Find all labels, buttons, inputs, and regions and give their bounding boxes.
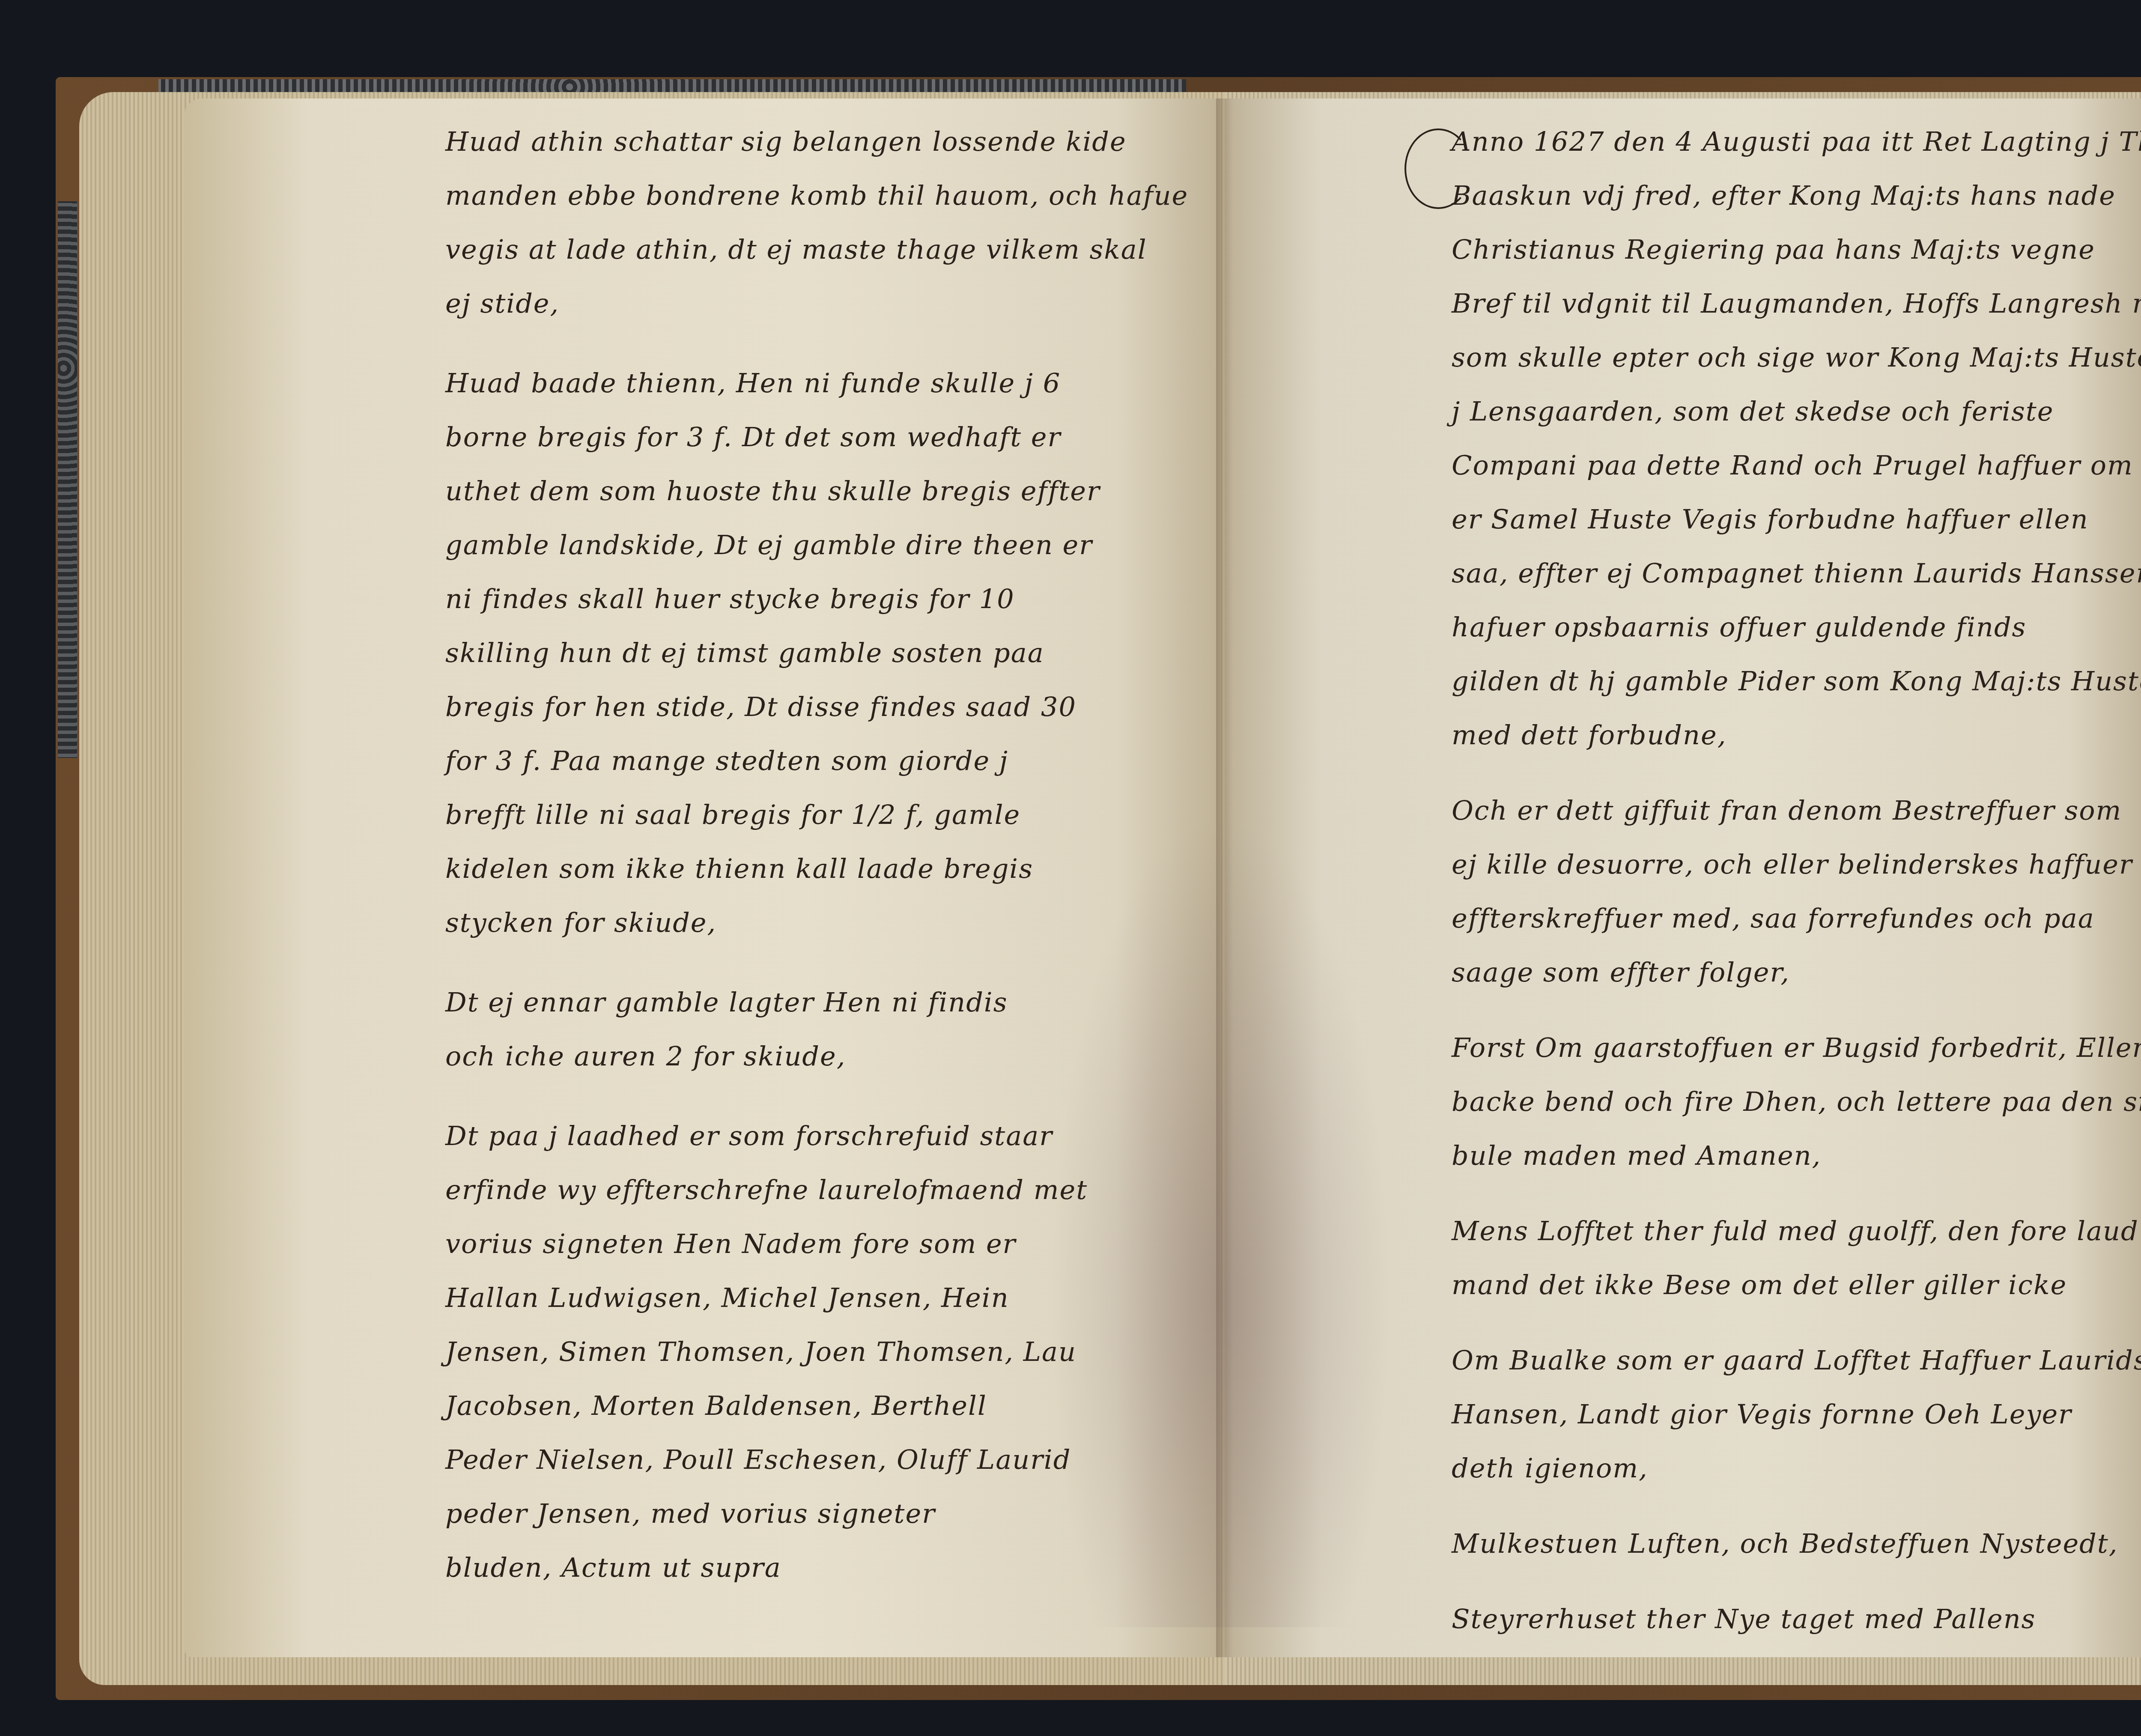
- manuscript-line: Huad athin schattar sig belangen lossend…: [445, 128, 1127, 155]
- manuscript-line: vegis at lade athin, dt ej maste thage v…: [445, 236, 1147, 263]
- manuscript-line: bregis for hen stide, Dt disse findes sa…: [445, 694, 1076, 720]
- manuscript-line: stycken for skiude,: [445, 910, 716, 936]
- manuscript-line: erfinde wy effterschrefne laurelofmaend …: [445, 1177, 1088, 1203]
- manuscript-line: backe bend och fire Dhen, och lettere pa…: [1452, 1089, 2141, 1115]
- manuscript-line: gamble landskide, Dt ej gamble dire thee…: [445, 532, 1093, 558]
- manuscript-line: Peder Nielsen, Poull Eschesen, Oluff Lau…: [445, 1447, 1071, 1473]
- manuscript-line: uthet dem som huoste thu skulle bregis e…: [445, 478, 1100, 504]
- manuscript-line: Baaskun vdj fred, efter Kong Maj:ts hans…: [1452, 182, 2116, 209]
- manuscript-line: Bref til vdgnit til Laugmanden, Hoffs La…: [1452, 290, 2141, 317]
- manuscript-line: saa, effter ej Compagnet thienn Laurids …: [1452, 560, 2141, 587]
- manuscript-line: Mens Lofftet ther fuld med guolff, den f…: [1452, 1218, 2139, 1244]
- manuscript-line: Compani paa dette Rand och Prugel haffue…: [1452, 452, 2133, 479]
- manuscript-line: skilling hun dt ej timst gamble sosten p…: [445, 640, 1044, 666]
- manuscript-line: med dett forbudne,: [1452, 722, 1727, 749]
- manuscript-line: brefft lille ni saal bregis for 1/2 f, g…: [445, 802, 1020, 828]
- water-stain: [1049, 814, 1392, 1627]
- manuscript-line: peder Jensen, med vorius signeter: [445, 1500, 936, 1527]
- manuscript-line: effterskreffuer med, saa forrefundes och…: [1452, 905, 2095, 932]
- manuscript-line: vorius signeten Hen Nadem fore som er: [445, 1231, 1016, 1257]
- manuscript-line: bule maden med Amanen,: [1452, 1142, 1821, 1169]
- manuscript-line: Och er dett giffuit fran denom Bestreffu…: [1452, 797, 2122, 824]
- manuscript-line: Forst Om gaarstoffuen er Bugsid forbedri…: [1452, 1035, 2141, 1061]
- manuscript-line: Hansen, Landt gior Vegis fornne Oeh Leye…: [1452, 1401, 2072, 1428]
- manuscript-line: gilden dt hj gamble Pider som Kong Maj:t…: [1452, 668, 2141, 695]
- manuscript-line: kidelen som ikke thienn kall laade bregi…: [445, 856, 1033, 882]
- manuscript-line: deth igienom,: [1452, 1455, 1648, 1482]
- manuscript-line: Huad baade thienn, Hen ni funde skulle j…: [445, 370, 1061, 397]
- manuscript-line: Anno 1627 den 4 Augusti paa itt Ret Lagt…: [1452, 128, 2141, 155]
- manuscript-line: ej kille desuorre, och eller belinderske…: [1452, 851, 2133, 878]
- manuscript-line: Jacobsen, Morten Baldensen, Berthell: [445, 1393, 987, 1419]
- manuscript-line: saage som effter folger,: [1452, 959, 1790, 986]
- manuscript-line: som skulle epter och sige wor Kong Maj:t…: [1452, 344, 2141, 371]
- manuscript-line: Mulkestuen Luften, och Bedsteffuen Nyste…: [1452, 1530, 2118, 1557]
- manuscript-line: Steyrerhuset ther Nye taget med Pallens: [1452, 1606, 2036, 1632]
- manuscript-line: ni findes skall huer stycke bregis for 1…: [445, 586, 1015, 612]
- manuscript-line: Jensen, Simen Thomsen, Joen Thomsen, Lau: [445, 1339, 1076, 1365]
- manuscript-line: for 3 f. Paa mange stedten som giorde j: [445, 748, 1008, 774]
- manuscript-line: j Lensgaarden, som det skedse och ferist…: [1452, 398, 2054, 425]
- manuscript-line: ej stide,: [445, 290, 559, 317]
- manuscript-line: Dt ej ennar gamble lagter Hen ni findis: [445, 989, 1008, 1016]
- marbled-board-left: [58, 201, 77, 758]
- manuscript-line: borne bregis for 3 f. Dt det som wedhaft…: [445, 424, 1061, 450]
- manuscript-line: er Samel Huste Vegis forbudne haffuer el…: [1452, 506, 2089, 533]
- manuscript-line: och iche auren 2 for skiude,: [445, 1043, 846, 1070]
- manuscript-line: manden ebbe bondrene komb thil hauom, oc…: [445, 182, 1188, 209]
- manuscript-line: Hallan Ludwigsen, Michel Jensen, Hein: [445, 1285, 1009, 1311]
- manuscript-line: Christianus Regiering paa hans Maj:ts ve…: [1452, 236, 2095, 263]
- manuscript-line: mand det ikke Bese om det eller giller i…: [1452, 1272, 2067, 1298]
- manuscript-line: Om Bualke som er gaard Lofftet Haffuer L…: [1452, 1347, 2141, 1374]
- manuscript-line: bluden, Actum ut supra: [445, 1554, 781, 1581]
- manuscript-line: hafuer opsbaarnis offuer guldende finds: [1452, 614, 2026, 641]
- manuscript-line: Dt paa j laadhed er som forschrefuid sta…: [445, 1123, 1053, 1149]
